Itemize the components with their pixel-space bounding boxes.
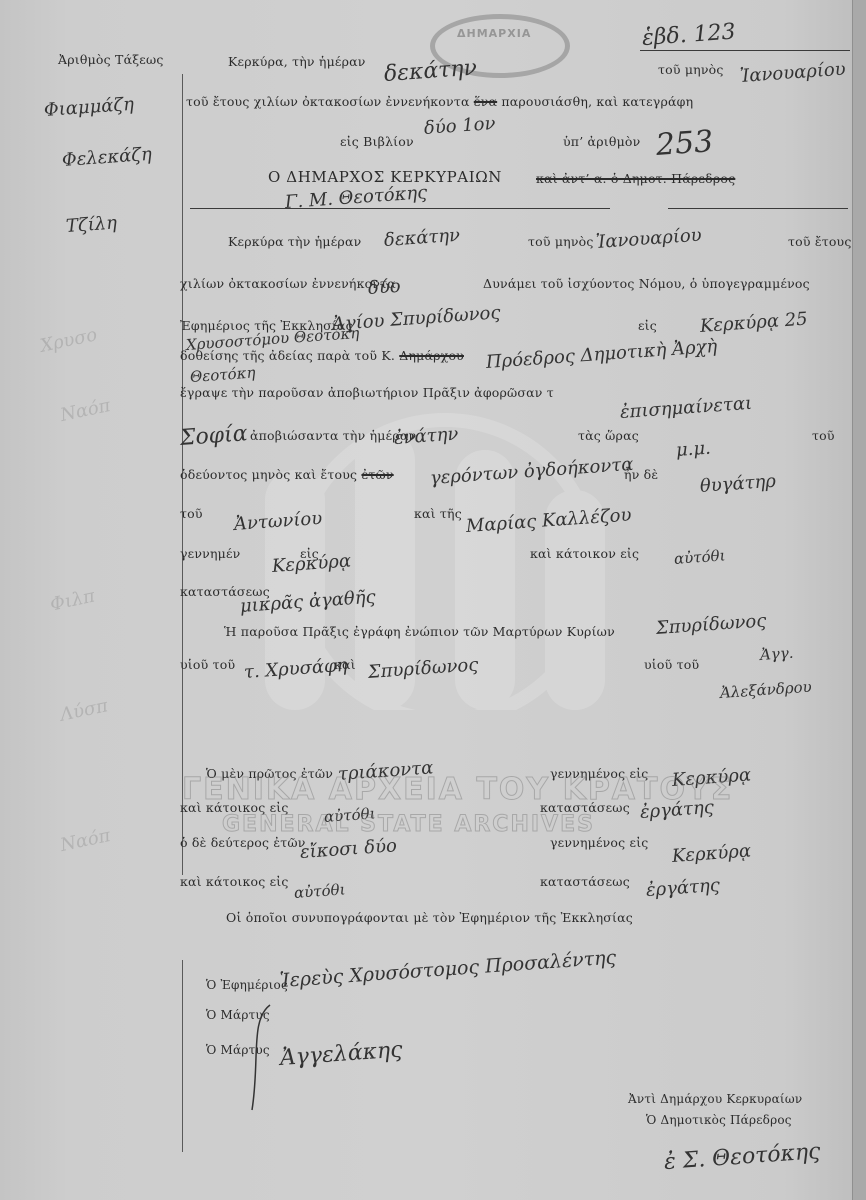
row6-hw-hour: μ.μ. <box>675 438 711 461</box>
row4-printed-line: δοθείσης τῆς ἀδείας παρὰ τοῦ Κ. Δημάρχου <box>180 348 464 363</box>
row12-hw-right-b: Ἀλεξάνδρου <box>719 678 812 702</box>
printed-number: ὑπ’ ἀριθμὸν <box>563 134 640 149</box>
printed-year-a: τοῦ ἔτους χιλίων ὀκτακοσίων ἐννενήκοντα <box>186 94 470 109</box>
watermark-english: GENERAL STATE ARCHIVES <box>222 812 595 837</box>
hw-number: 253 <box>655 124 715 163</box>
row16-printed-status: καταστάσεως <box>540 874 630 889</box>
row7-printed-was: ἦν δὲ <box>624 467 658 482</box>
row5-hw-right: ἐπισημαίνεται <box>619 393 752 423</box>
row12-printed-son: υἱοῦ τοῦ <box>644 657 699 672</box>
deputy-mayor-line1: Ἀντὶ Δημάρχου Κερκυραίων <box>628 1092 802 1106</box>
row4-hw-right: Πρόεδρος Δημοτικὴ Ἀρχὴ <box>485 336 718 373</box>
row15-printed: ὁ δὲ δεύτερος ἐτῶν <box>180 835 306 850</box>
row1-hw-month: Ἰανουαρίου <box>595 225 702 253</box>
row1-hw-day: δεκάτην <box>383 225 460 251</box>
row12-printed-and: καὶ <box>334 657 356 672</box>
bleed-through-text: Λύσπ <box>58 695 109 726</box>
row16-hw-status: ἐργάτης <box>645 875 720 901</box>
top-right-rule <box>640 50 850 51</box>
row1-printed: Κερκύρα τὴν ἡμέραν <box>228 234 361 249</box>
stamp-text: ΔΗΜΑΡΧΙΑ <box>457 27 531 40</box>
row8-printed-and: καὶ τῆς <box>414 506 462 521</box>
row1-printed-year: τοῦ ἔτους <box>788 234 852 249</box>
row7-struck: ἐτῶν <box>361 467 393 482</box>
witness-brace <box>240 1000 280 1120</box>
row6-printed: ἀποβιώσαντα τὴν ἡμέραν <box>250 428 416 443</box>
row15-hw-age: εἴκοσι δύο <box>299 835 397 863</box>
row7-printed-line: ὁδεύοντος μηνὸς καὶ ἔτους ἐτῶν <box>180 467 394 482</box>
page-edge <box>852 0 866 1200</box>
row9-printed-resident: καὶ κάτοικον εἰς <box>530 546 639 561</box>
witness-signature: Ἀγγελάκης <box>279 1037 403 1070</box>
bleed-through-text: Χρυσο <box>38 324 99 356</box>
watermark-greek: ΓΕΝΙΚΑ ΑΡΧΕΙΑ ΤΟΥ ΚΡΑΤΟΥΣ <box>182 772 733 807</box>
printed-year-text: τοῦ ἔτους χιλίων ὀκτακοσίων ἐννενήκοντα … <box>186 94 693 109</box>
order-number-label: Ἀριθμὸς Τάξεως <box>58 52 164 67</box>
row2-hw-year: δύο <box>367 276 401 299</box>
row16-hw-residence: αὐτόθι <box>293 880 346 902</box>
margin-handwritten-name: Τζίλη <box>65 212 117 237</box>
row9-hw-residence: αὐτόθι <box>673 546 726 568</box>
row11-hw-right: Σπυρίδωνος <box>655 610 767 639</box>
row12-printed: υἱοῦ τοῦ <box>180 657 235 672</box>
row9-printed: γεννημέν <box>180 546 240 561</box>
margin-divider-lower <box>182 960 183 1152</box>
hw-day: δεκάτην <box>383 56 478 87</box>
printed-city-day: Κερκύρα, τὴν ἡμέραν <box>228 54 366 69</box>
deputy-mayor-line2: Ὁ Δημοτικὸς Πάρεδρος <box>646 1113 792 1127</box>
hw-book: δύο 1ον <box>423 113 496 139</box>
margin-handwritten-name: Φελεκάζη <box>61 144 152 171</box>
row8-printed: τοῦ <box>180 506 203 521</box>
deputy-signature: ἐ Σ. Θεοτόκης <box>663 1139 821 1175</box>
row5-printed: ἔγραψε τὴν παροῦσαν ἀποβιωτήριον Πρᾶξιν … <box>180 385 554 400</box>
row6-hw-prefix: Σοφία <box>179 421 248 451</box>
hw-record-number: ἑβδ. 123 <box>641 19 736 50</box>
row15-printed-born: γεννημένος εἰς <box>550 835 649 850</box>
row4-struck: Δημάρχου <box>399 348 464 363</box>
margin-handwritten-name: Φιαμμάζη <box>43 94 134 121</box>
bleed-through-text: Φιλπ <box>48 586 96 616</box>
row6-hw-day: ἐνάτην <box>393 424 459 449</box>
struck-deputy-title: καὶ ἀντ’ α. ὁ Δημοτ. Πάρεδρος <box>536 171 735 186</box>
row5-hw-prefix: Θεοτόκη <box>189 363 256 386</box>
row6-printed-of: τοῦ <box>812 428 835 443</box>
row7-printed: ὁδεύοντος μηνὸς καὶ ἔτους <box>180 467 357 482</box>
row3-hw-place: Κερκύρᾳ 25 <box>699 309 808 337</box>
struck-word: ἕνα <box>474 94 497 109</box>
priest-signature: Ἱερεὺς Χρυσόστομος Προσαλέντης <box>279 947 617 992</box>
document-page: Χρυσο Ναόπ Φιλπ Λύσπ Ναόπ ΔΗΜΑΡΧΙΑ Ἀριθμ… <box>0 0 852 1200</box>
signature-line-left <box>190 208 610 209</box>
row6-printed-hours: τὰς ὥρας <box>578 428 639 443</box>
row15-hw-birthplace: Κερκύρᾳ <box>671 841 751 867</box>
signature-line-right <box>668 208 848 209</box>
bleed-through-text: Ναόπ <box>58 395 112 426</box>
row17-printed: Οἱ ὁποῖοι συνυπογράφονται μὲ τὸν Ἐφημέρι… <box>226 910 633 925</box>
row2-printed: χιλίων ὀκτακοσίων ἐννενήκοντα <box>180 276 396 291</box>
mayor-title: Ο ΔΗΜΑΡΧΟΣ ΚΕΡΚΥΡΑΙΩΝ <box>268 168 502 186</box>
row11-printed: Ἡ παροῦσα Πρᾶξις ἐγράφη ἐνώπιον τῶν Μαρτ… <box>224 624 615 639</box>
bleed-through-text: Ναόπ <box>58 825 112 856</box>
row1-printed-month: τοῦ μηνὸς <box>528 234 594 249</box>
printed-book: εἰς Βιβλίον <box>340 134 414 149</box>
printed-month: τοῦ μηνὸς <box>658 62 724 77</box>
printed-year-b: παρουσιάσθη, καὶ κατεγράφη <box>501 94 693 109</box>
hw-month: Ἰανουαρίου <box>739 59 846 87</box>
row3-printed-in: εἰς <box>638 318 657 333</box>
priest-label: Ὁ Ἐφημέριος <box>206 978 288 992</box>
row2-printed-law: Δυνάμει τοῦ ἰσχύοντος Νόμου, ὁ ὑπογεγραμ… <box>483 276 810 291</box>
row12-hw-right-a: Ἀγγ. <box>759 644 794 664</box>
row16-printed: καὶ κάτοικος εἰς <box>180 874 289 889</box>
row4-printed: δοθείσης τῆς ἀδείας παρὰ τοῦ Κ. <box>180 348 395 363</box>
row7-hw-right: θυγάτηρ <box>699 471 776 497</box>
